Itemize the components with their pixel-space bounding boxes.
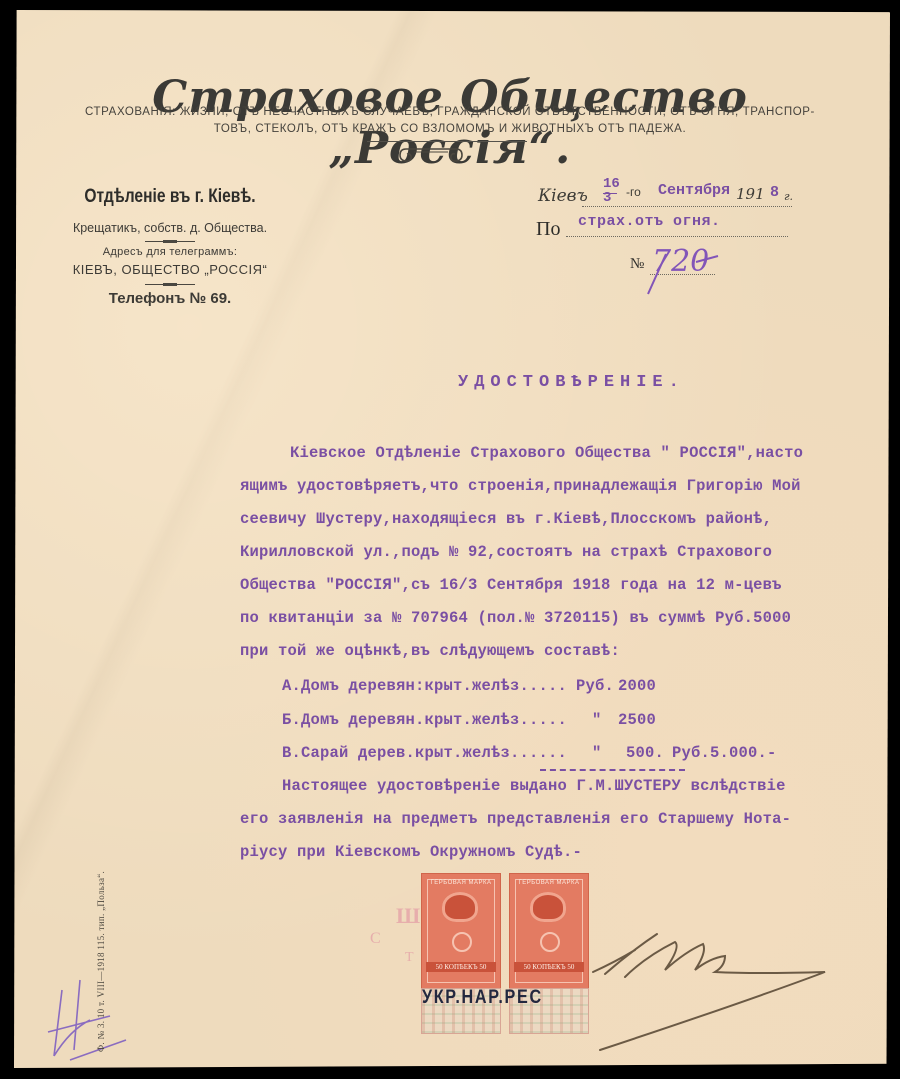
body-line: по квитанціи за № 707964 (пол.№ 3720115)… xyxy=(240,609,791,627)
date-month: Сентября xyxy=(658,182,730,199)
printer-imprint: Ф. № 3. 10 т. VIII—1918 115. тип. „Польз… xyxy=(96,871,106,1052)
date-year-abbr: г. xyxy=(784,190,793,203)
reference-value: страх.отъ огня. xyxy=(578,213,721,230)
item-label: А.Домъ деревян:крыт.желѣз..... xyxy=(282,677,567,695)
reference-label: По xyxy=(536,218,560,241)
item-currency: Руб. xyxy=(576,677,614,695)
closing-line: его заявленія на предметъ представленія … xyxy=(240,810,791,828)
eagle-emblem-icon xyxy=(452,932,472,952)
faint-stamp-text: Т xyxy=(405,950,414,966)
branch-address: Крещатикъ, собств. д. Общества. xyxy=(40,221,300,235)
telegram-label: Адресъ для телеграммъ: xyxy=(40,246,300,258)
total-underline xyxy=(540,769,685,771)
closing-line: Настоящее удостовѣреніе выдано Г.М.ШУСТЕ… xyxy=(282,777,786,795)
divider-ornament xyxy=(145,240,195,244)
branch-phone: Телефонъ № 69. xyxy=(40,290,300,307)
branch-title: Отдѣленіе въ г. Кіевѣ. xyxy=(63,186,276,208)
revenue-stamp-value: 50 КОПѢЕКЪ 50 xyxy=(426,962,496,972)
body-line: Кіевское Отдѣленіе Страхового Общества "… xyxy=(290,444,803,462)
item-amount: 2500 xyxy=(618,711,656,729)
date-year-prefix: 191 xyxy=(736,185,765,203)
revenue-stamp-header: ГЕРБОВАЯ МАРКА xyxy=(422,880,500,886)
item-label: Б.Домъ деревян.крыт.желѣз..... xyxy=(282,711,567,729)
item-currency: " xyxy=(592,711,602,729)
services-line-1: СТРАХОВАНІЯ: ЖИЗНИ, ОТЪ НЕСЧАСТНЫХЪ СЛУЧ… xyxy=(40,104,860,121)
telegram-address: КІЕВЪ, ОБЩЕСТВО „РОССІЯ“ xyxy=(40,262,300,277)
faint-stamp-text: С xyxy=(370,930,381,948)
item-currency: " xyxy=(592,744,602,762)
body-line: Общества "РОССІЯ",съ 16/3 Сентября 1918 … xyxy=(240,576,782,594)
body-line: сеевичу Шустеру,находящіеся въ г.Кіевѣ,П… xyxy=(240,510,772,528)
body-line: Кирилловской ул.,подъ № 92,состоятъ на с… xyxy=(240,543,772,561)
revenue-stamp: ГЕРБОВАЯ МАРКА 50 КОПѢЕКЪ 50 xyxy=(509,873,589,989)
date-year-suffix: 8 xyxy=(770,184,779,201)
crown-icon xyxy=(530,892,566,922)
crown-icon xyxy=(442,892,478,922)
item-total: Руб.5.000.- xyxy=(672,744,777,762)
revenue-stamp-header: ГЕРБОВАЯ МАРКА xyxy=(510,880,588,886)
item-amount: 2000 xyxy=(618,677,656,695)
body-line: при той же оцѣнкѣ,въ слѣдующемъ составѣ: xyxy=(240,642,620,660)
signature-icon xyxy=(585,922,835,1057)
revenue-stamp: ГЕРБОВАЯ МАРКА 50 КОПѢЕКЪ 50 xyxy=(421,873,501,989)
date-day-suffix: -го xyxy=(626,185,641,199)
date-dotted-line xyxy=(582,206,792,207)
services-description: СТРАХОВАНІЯ: ЖИЗНИ, ОТЪ НЕСЧАСТНЫХЪ СЛУЧ… xyxy=(40,104,860,138)
header-divider xyxy=(367,141,527,142)
handwritten-initials-icon xyxy=(40,960,130,1070)
revenue-stamp-value: 50 КОПѢЕКЪ 50 xyxy=(514,962,584,972)
handwritten-stroke-icon xyxy=(640,250,720,300)
closing-line: ріусу при Кіевскомъ Окружномъ Судѣ.- xyxy=(240,843,582,861)
eagle-emblem-icon xyxy=(540,932,560,952)
certificate-title: УДОСТОВѢРЕНІЕ. xyxy=(458,373,685,392)
services-line-2: ТОВЪ, СТЕКОЛЪ, ОТЪ КРАЖЪ СО ВЗЛОМОМЪ И Ж… xyxy=(40,121,860,138)
item-label: В.Сарай дерев.крыт.желѣз...... xyxy=(282,744,567,762)
ukrainian-overprint: УКР.НАР.РЕС xyxy=(422,987,543,1009)
item-amount: 500. xyxy=(626,744,664,762)
faint-stamp-text: Ш xyxy=(396,903,420,929)
scroll-ornament-icon xyxy=(398,145,464,163)
reference-dotted-line xyxy=(566,236,788,237)
divider-ornament xyxy=(145,283,195,287)
date-city: Кіевъ xyxy=(538,186,588,206)
date-day-old-style: 3 xyxy=(603,190,611,206)
body-line: ящимъ удостовѣряетъ,что строенія,принадл… xyxy=(240,477,801,495)
